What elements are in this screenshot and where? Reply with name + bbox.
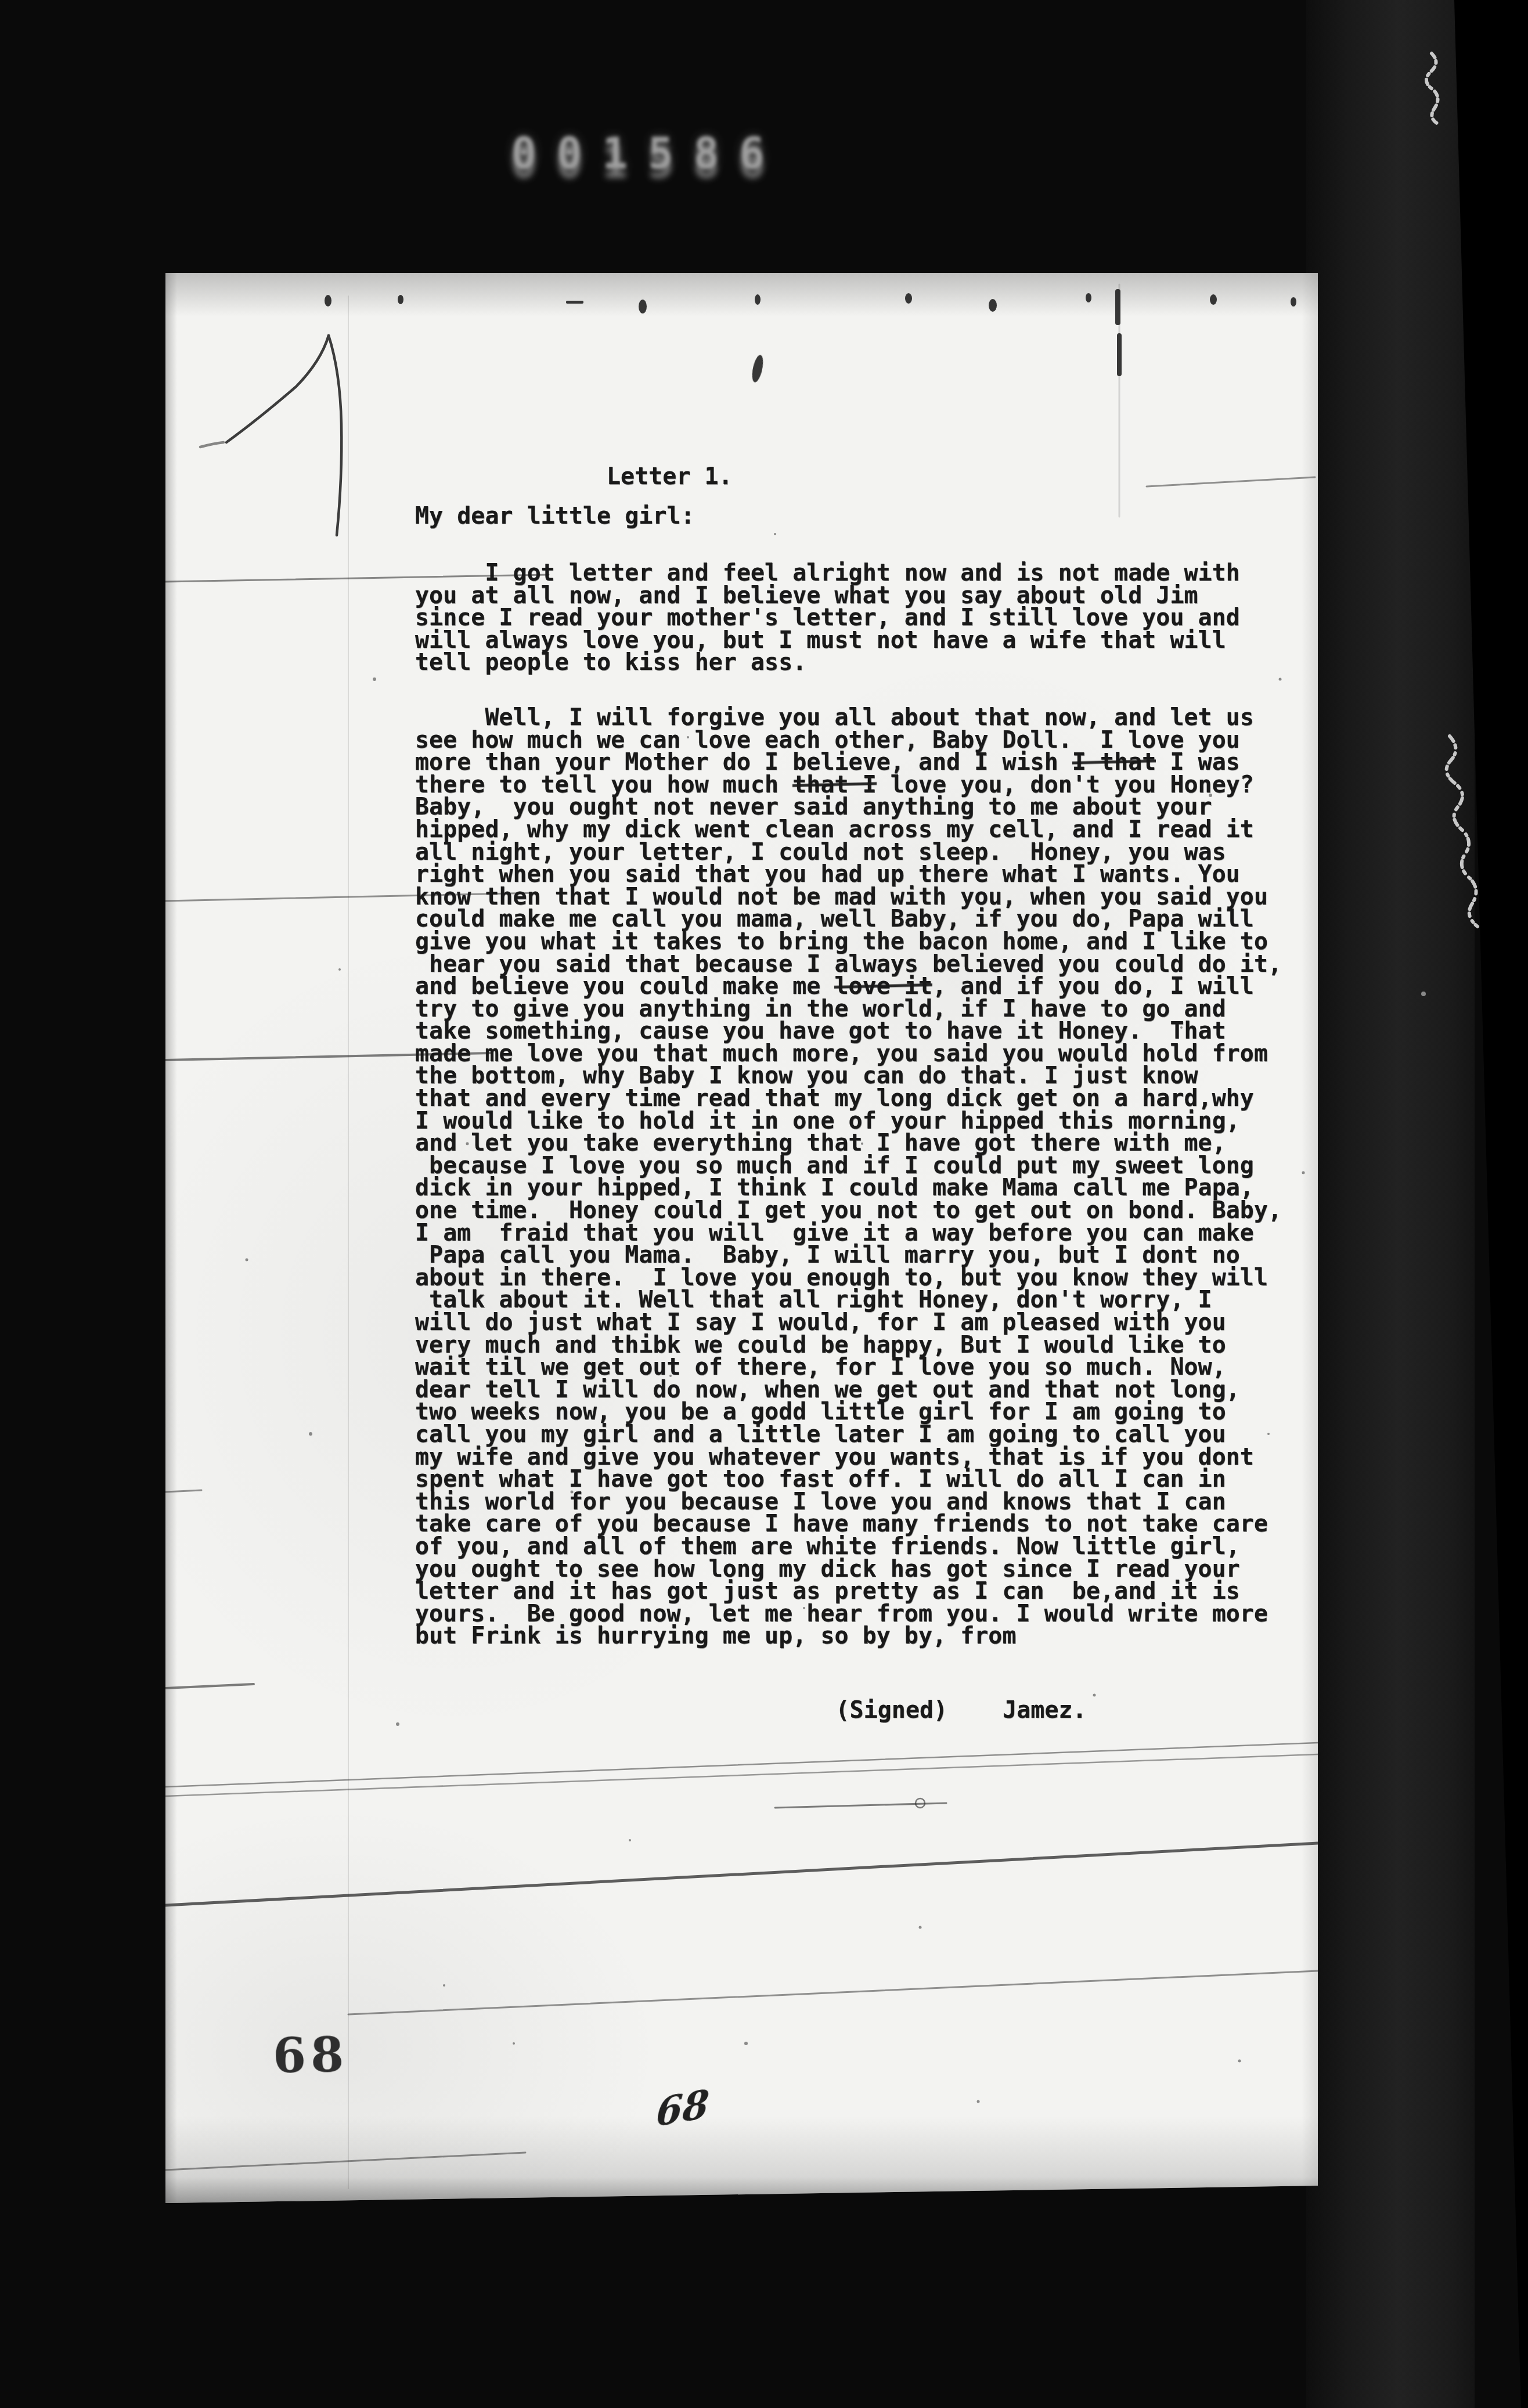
signature-name: Jamez. — [1003, 1697, 1087, 1724]
letter-salutation: My dear little girl: — [415, 505, 695, 528]
letter-title: Letter 1. — [607, 466, 733, 488]
document-page: Letter 1. My dear little girl: I got let… — [165, 273, 1318, 2203]
signature-label: (Signed) — [836, 1697, 948, 1724]
page-number-stamped: 68 — [272, 2031, 349, 2080]
letter-body: I got letter and feel alright now and is… — [415, 562, 1344, 1648]
signature-line: (Signed)Jamez. — [752, 1677, 1087, 1744]
page-number-handwritten: 68 — [655, 2083, 710, 2132]
microfilm-frame: 001586 — [0, 0, 1528, 2408]
film-edge-strip — [1306, 0, 1475, 2408]
frame-number-stamp: 001586 — [511, 132, 836, 175]
